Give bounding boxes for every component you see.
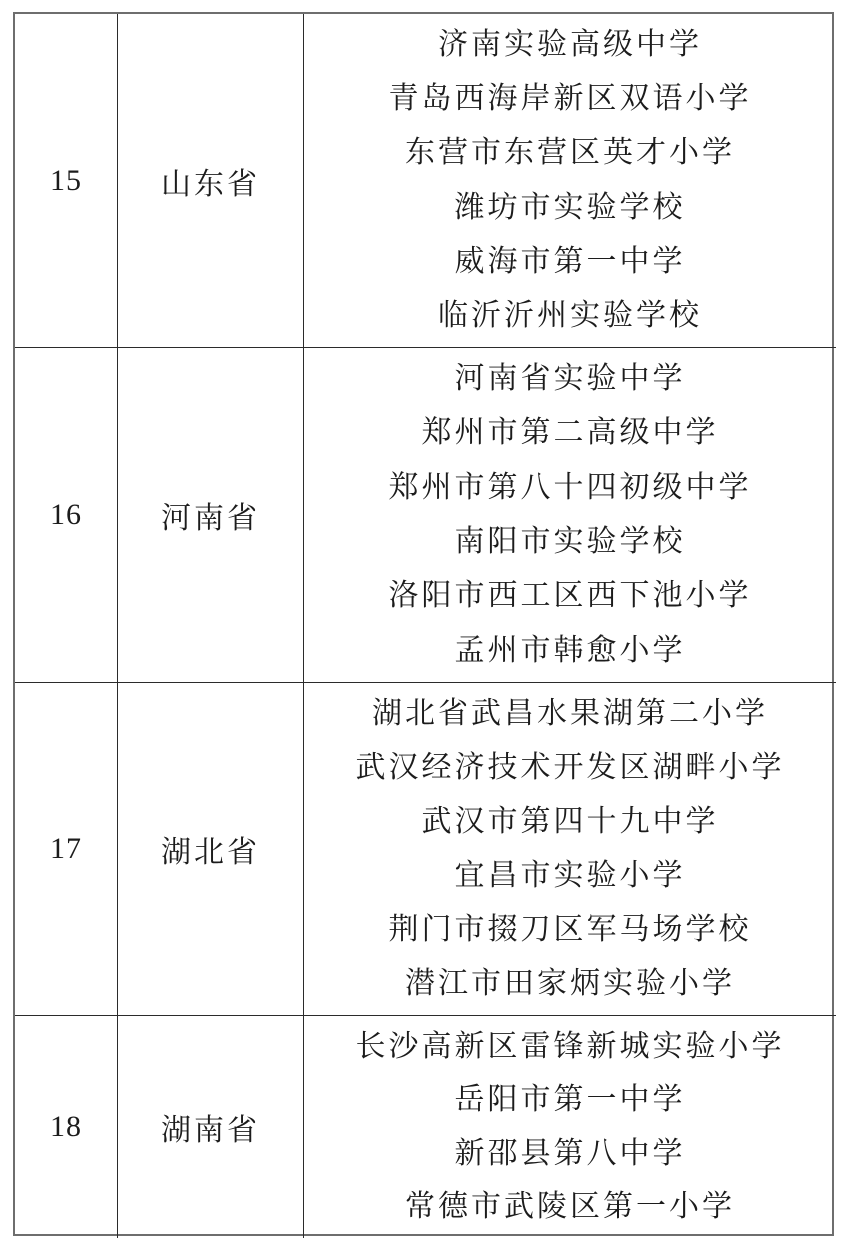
row-number-cell: 18 [15,1016,118,1238]
school-name: 青岛西海岸新区双语小学 [389,81,752,117]
school-name: 长沙高新区雷锋新城实验小学 [356,1029,785,1065]
school-name: 河南省实验中学 [455,361,686,397]
school-name: 郑州市第二高级中学 [422,415,719,451]
schools-cell: 河南省实验中学 郑州市第二高级中学 郑州市第八十四初级中学 南阳市实验学校 洛阳… [304,348,836,683]
school-name: 宜昌市实验小学 [455,858,686,894]
row-number-cell: 16 [15,348,118,683]
schools-cell: 湖北省武昌水果湖第二小学 武汉经济技术开发区湖畔小学 武汉市第四十九中学 宜昌市… [304,683,836,1016]
school-name: 武汉市第四十九中学 [422,804,719,840]
school-name: 新邵县第八中学 [455,1136,686,1172]
province-cell: 河南省 [118,348,304,683]
school-name: 潜江市田家炳实验小学 [405,966,735,1002]
school-name: 济南实验高级中学 [438,27,702,63]
school-name: 潍坊市实验学校 [455,190,686,226]
row-number-cell: 15 [15,14,118,348]
school-name: 郑州市第八十四初级中学 [389,470,752,506]
school-name: 东营市东营区英才小学 [405,135,735,171]
province-cell: 湖北省 [118,683,304,1016]
row-number-cell: 17 [15,683,118,1016]
province-cell: 湖南省 [118,1016,304,1238]
schools-cell: 长沙高新区雷锋新城实验小学 岳阳市第一中学 新邵县第八中学 常德市武陵区第一小学 [304,1016,836,1238]
school-name: 岳阳市第一中学 [455,1082,686,1118]
school-name: 威海市第一中学 [455,244,686,280]
school-name: 湖北省武昌水果湖第二小学 [372,696,768,732]
school-name: 荆门市掇刀区军马场学校 [389,912,752,948]
school-table: 15 山东省 济南实验高级中学 青岛西海岸新区双语小学 东营市东营区英才小学 潍… [13,12,834,1236]
document-page: 15 山东省 济南实验高级中学 青岛西海岸新区双语小学 东营市东营区英才小学 潍… [0,0,852,1250]
province-cell: 山东省 [118,14,304,348]
school-name: 常德市武陵区第一小学 [405,1189,735,1225]
schools-cell: 济南实验高级中学 青岛西海岸新区双语小学 东营市东营区英才小学 潍坊市实验学校 … [304,14,836,348]
school-name: 临沂沂州实验学校 [438,298,702,334]
school-name: 武汉经济技术开发区湖畔小学 [356,750,785,786]
school-name: 南阳市实验学校 [455,524,686,560]
school-name: 孟州市韩愈小学 [455,633,686,669]
school-name: 洛阳市西工区西下池小学 [389,578,752,614]
